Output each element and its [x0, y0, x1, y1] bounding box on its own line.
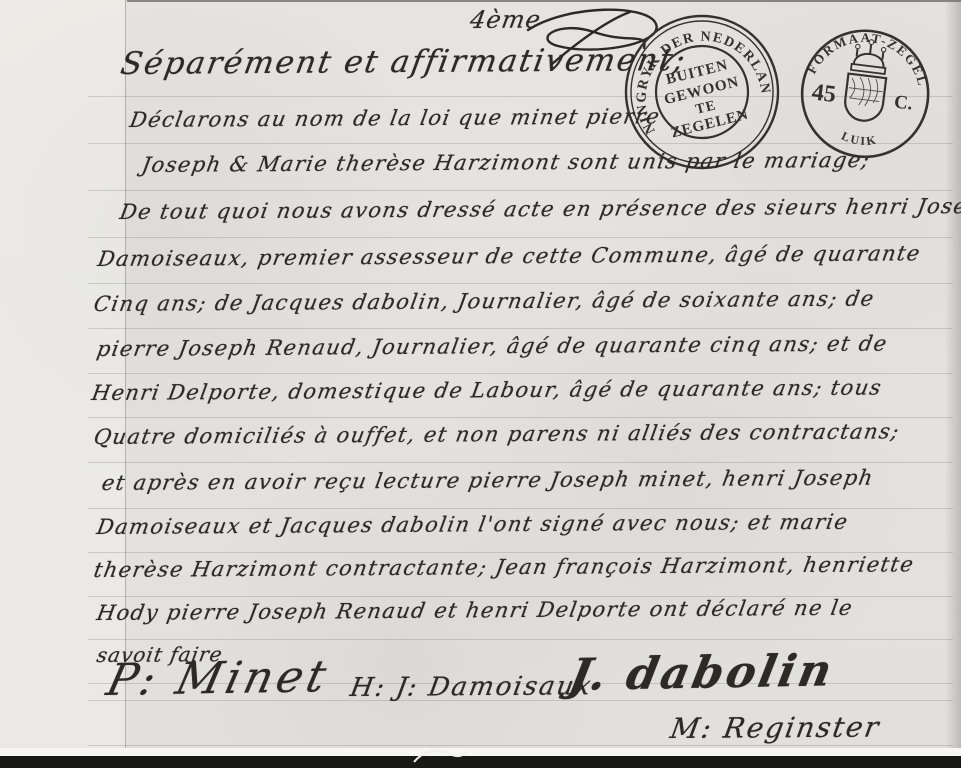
stamp-currency: C. [893, 91, 914, 114]
left-margin [0, 0, 125, 755]
manuscript-line: Henri Delporte, domestique de Labour, âg… [90, 375, 884, 405]
manuscript-line: Damoiseaux, premier assesseur de cette C… [96, 241, 923, 271]
stamp-arc-bottom-text: LUIK [839, 128, 881, 150]
crowned-shield-icon [843, 37, 891, 122]
manuscript-line: Quatre domiciliés à ouffet, et non paren… [92, 419, 902, 449]
manuscript-line: Hody pierre Joseph Renaud et henri Delpo… [95, 596, 855, 625]
ruled-line [88, 417, 953, 418]
manuscript-line: et après en avoir reçu lecture pierre Jo… [100, 466, 876, 495]
ruled-line [88, 328, 953, 329]
stamp-value: 45 [810, 79, 837, 108]
ruled-line [88, 283, 953, 284]
ruled-line [88, 373, 953, 374]
manuscript-line: Séparément et affirmativement; [118, 42, 689, 82]
manuscript-line: Cinq ans; de Jacques dabolin, Journalier… [92, 287, 877, 316]
manuscript-line: Damoiseaux et Jacques dabolin l'ont sign… [95, 510, 851, 539]
signature-damoiseaux: H: J: Damoisaux [348, 671, 595, 703]
page-bottom-edge [0, 756, 961, 768]
ruled-line [88, 639, 953, 640]
signature-dabolin: J. dabolin [565, 645, 839, 701]
signature-minet: P: Minet [102, 651, 335, 706]
ruled-line [88, 745, 953, 746]
svg-text:LUIK: LUIK [839, 128, 881, 150]
page-bottom-gap [0, 748, 961, 756]
manuscript-line: Joseph & Marie therèse Harzimont sont un… [140, 148, 872, 177]
manuscript-line: De tout quoi nous avons dressé acte en p… [118, 194, 961, 224]
right-edge-shadow [945, 0, 961, 755]
ruled-line [88, 508, 953, 509]
ruled-line [88, 462, 953, 463]
ruled-line [88, 190, 953, 191]
bottom-ink-mark-icon [408, 746, 468, 766]
manuscript-line: therèse Harzimont contractante; Jean fra… [92, 552, 916, 582]
fold-line [125, 0, 126, 755]
manuscript-line: pierre Joseph Renaud, Journalier, âgé de… [95, 331, 890, 361]
signature-registrar: M: Reginster [668, 711, 883, 745]
ruled-line [88, 237, 953, 238]
scanned-document: 4ème KONINGRYK DER NEDERLANDEN BUITEN GE… [0, 0, 961, 768]
manuscript-line: Déclarons au nom de la loi que minet pie… [128, 104, 662, 132]
